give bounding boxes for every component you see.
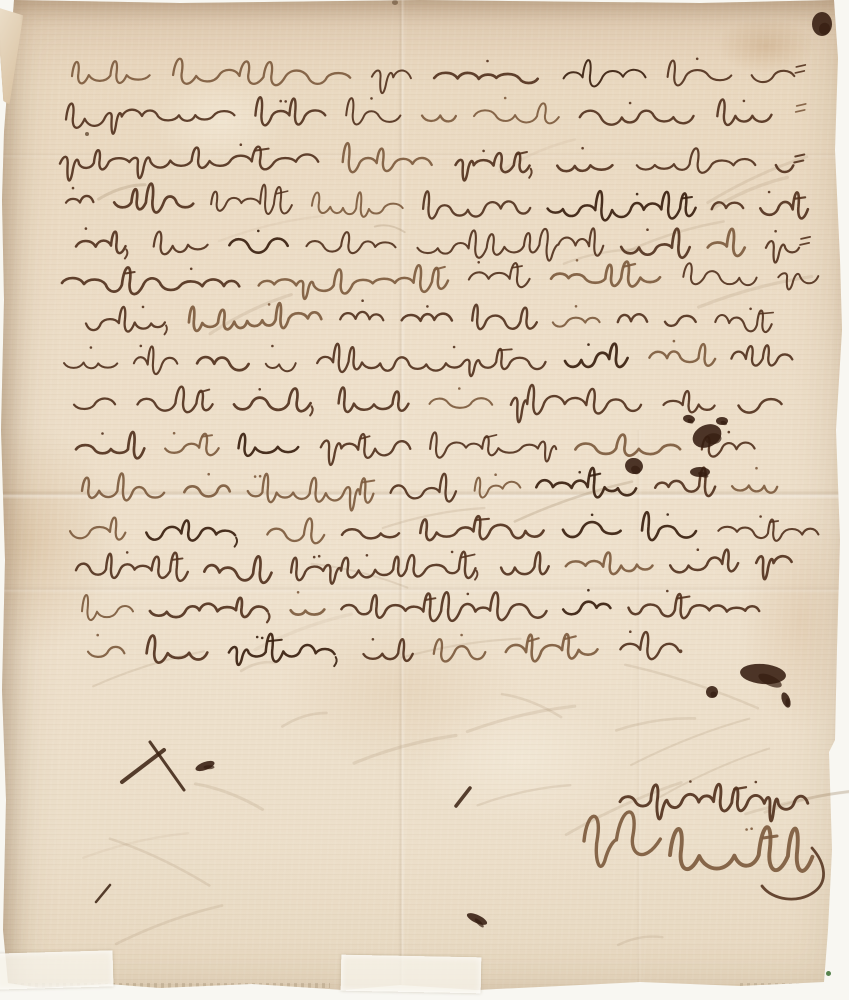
scanned-handwritten-letter: Scanned handwritten letter in German Kur…: [0, 0, 849, 1000]
handwriting-ink-layer: [0, 0, 849, 1000]
tape-strip-bottom-left: [0, 950, 113, 989]
tape-strip-bottom-middle: [341, 955, 482, 994]
green-speck: [826, 971, 831, 976]
